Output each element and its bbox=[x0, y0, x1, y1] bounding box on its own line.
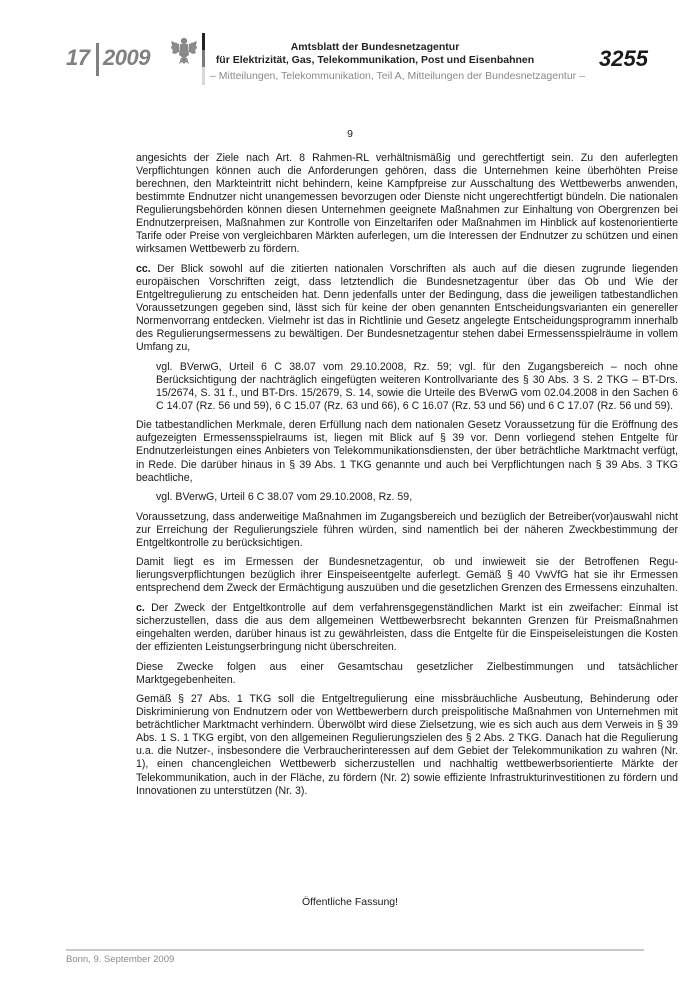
paragraph: Damit liegt es im Ermessen der Bundesnet… bbox=[136, 556, 678, 595]
paragraph: angesichts der Ziele nach Art. 8 Rahmen-… bbox=[136, 152, 678, 256]
section-label: cc. bbox=[136, 263, 151, 275]
paragraph: Diese Zwecke folgen aus einer Gesamtscha… bbox=[136, 661, 678, 687]
inner-page-number: 9 bbox=[0, 128, 700, 140]
issue-year: 2009 bbox=[103, 45, 150, 71]
section-label: c. bbox=[136, 602, 145, 614]
document-body: angesichts der Ziele nach Art. 8 Rahmen-… bbox=[136, 152, 678, 804]
page-number: 3255 bbox=[599, 46, 648, 72]
paragraph: Die tatbestandlichen Merkmale, deren Erf… bbox=[136, 419, 678, 484]
paragraph: Voraussetzung, dass anderweitige Maßnahm… bbox=[136, 511, 678, 550]
paragraph: c. Der Zweck der Entgeltkontrolle auf de… bbox=[136, 602, 678, 654]
flag-bar bbox=[202, 33, 205, 85]
issue-number: 17 bbox=[66, 45, 89, 71]
paragraph: cc. Der Blick sowohl auf die zitierten n… bbox=[136, 263, 678, 354]
footer-divider bbox=[66, 949, 644, 951]
footer-date: Bonn, 9. September 2009 bbox=[66, 954, 174, 965]
publication-title: Amtsblatt der Bundesnetzagentur für Elek… bbox=[210, 41, 540, 67]
public-version-notice: Öffentliche Fassung! bbox=[0, 896, 700, 908]
title-line-1: Amtsblatt der Bundesnetzagentur bbox=[210, 41, 540, 54]
issue-separator bbox=[96, 43, 99, 76]
publication-subtitle: – Mitteilungen, Telekommunikation, Teil … bbox=[210, 70, 540, 82]
federal-eagle-icon bbox=[170, 35, 198, 65]
citation-paragraph: vgl. BVerwG, Urteil 6 C 38.07 vom 29.10.… bbox=[156, 361, 678, 413]
title-line-2: für Elektrizität, Gas, Telekommunikation… bbox=[210, 54, 540, 67]
paragraph: Gemäß § 27 Abs. 1 TKG soll die Entgeltre… bbox=[136, 693, 678, 797]
citation-paragraph: vgl. BVerwG, Urteil 6 C 38.07 vom 29.10.… bbox=[156, 491, 678, 504]
